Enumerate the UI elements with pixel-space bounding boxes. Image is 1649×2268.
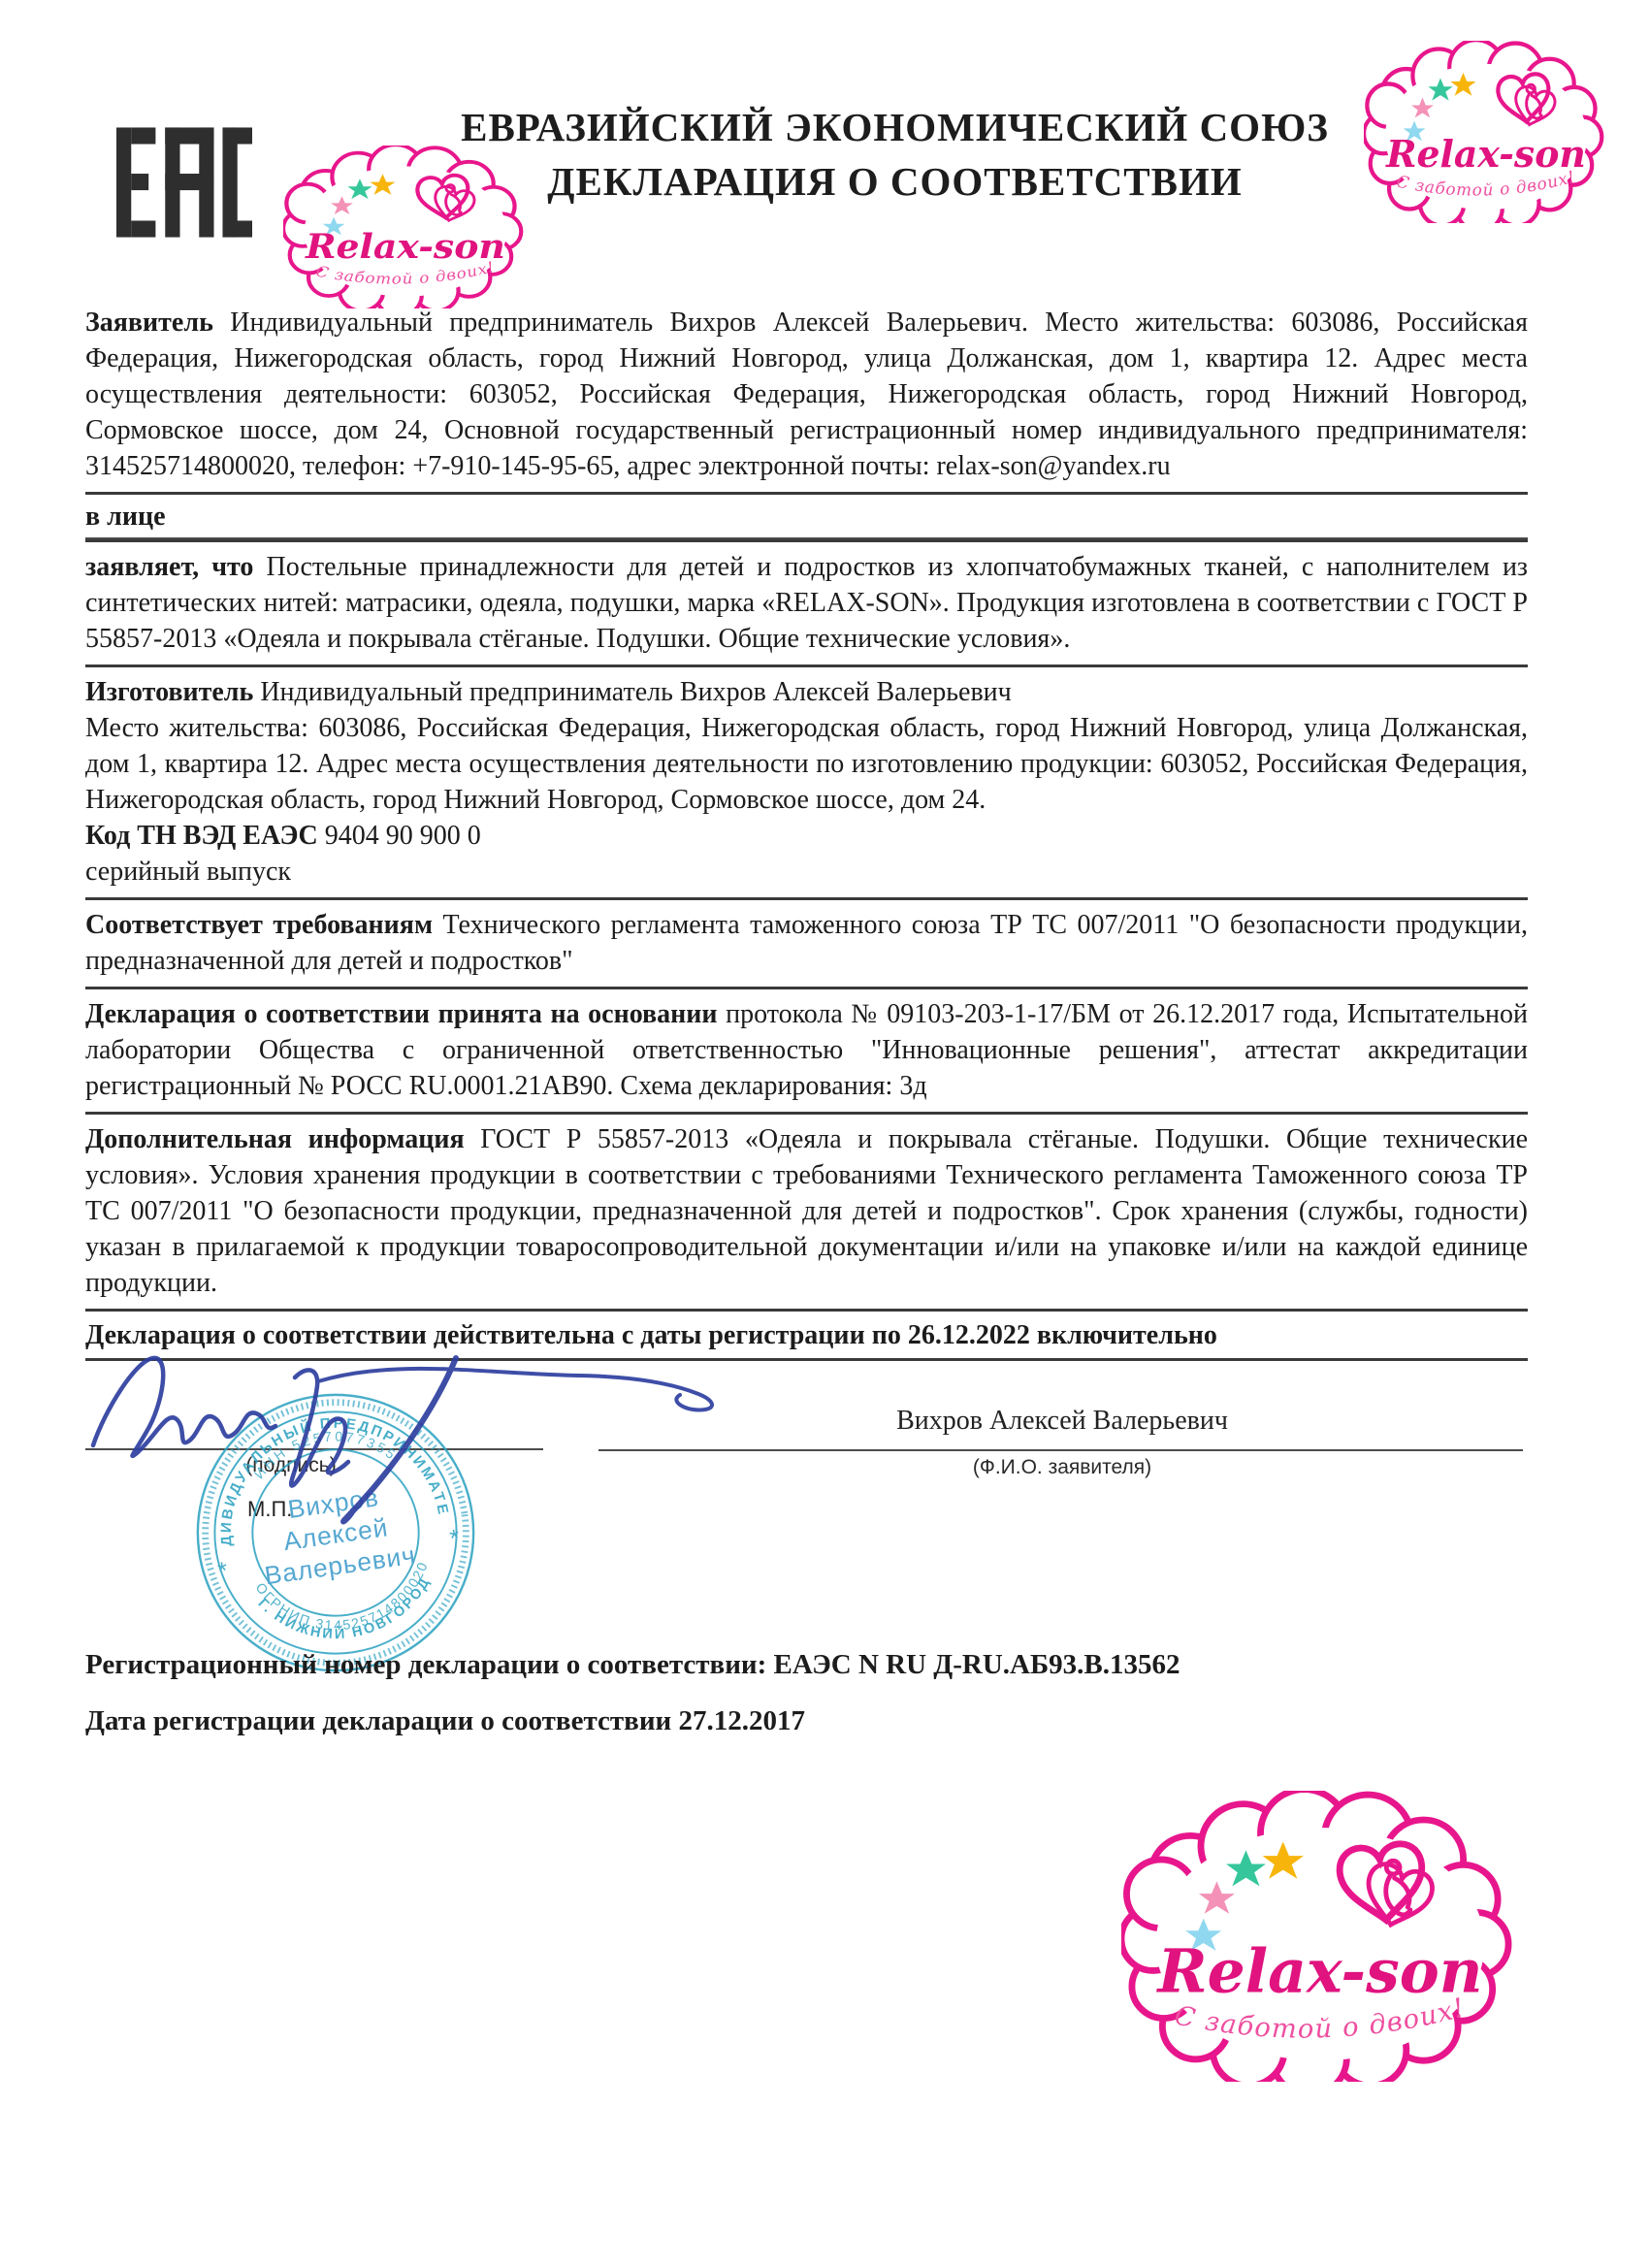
relaxson-logo-top-left: [283, 146, 528, 308]
section-in-person: в лице: [85, 492, 1528, 539]
basis-label: Декларация о соответствии принята на осн…: [85, 999, 718, 1029]
manufacturer-line1: Индивидуальный предприниматель Вихров Ал…: [260, 677, 1011, 707]
declaration-document: Relax-son С заботой о двоих! ЕВРАЗИЙСКИЙ…: [0, 0, 1649, 2268]
document-title: ЕВРАЗИЙСКИЙ ЭКОНОМИЧЕСКИЙ СОЮЗ ДЕКЛАРАЦИ…: [388, 100, 1402, 209]
stamp-star-left: *: [216, 1557, 230, 1585]
declares-text: Постельные принадлежности для детей и по…: [85, 552, 1528, 654]
declares-label: заявляет, что: [85, 552, 253, 582]
registration-date-line: Дата регистрации декларации о соответств…: [85, 1705, 1528, 1737]
handwritten-signature: [76, 1317, 774, 1550]
registration-date-value: 27.12.2017: [679, 1705, 806, 1736]
in-person-label: в лице: [85, 499, 1528, 539]
complies-label: Соответствует требованиям: [85, 910, 433, 940]
section-additional-info: Дополнительная информация ГОСТ Р 55857-2…: [85, 1112, 1528, 1309]
title-line-declaration: ДЕКЛАРАЦИЯ О СООТВЕТСТВИИ: [388, 154, 1402, 209]
serial-release: серийный выпуск: [85, 857, 291, 887]
section-basis: Декларация о соответствии принята на осн…: [85, 987, 1528, 1112]
relaxson-logo-bottom: [1121, 1791, 1519, 2082]
title-line-union: ЕВРАЗИЙСКИЙ ЭКОНОМИЧЕСКИЙ СОЮЗ: [388, 100, 1402, 154]
relaxson-logo-top-right: [1364, 41, 1608, 223]
tnved-code-label: Код ТН ВЭД ЕАЭС: [85, 821, 318, 851]
applicant-text: Индивидуальный предприниматель Вихров Ал…: [85, 308, 1528, 481]
section-applicant: Заявитель Индивидуальный предприниматель…: [85, 291, 1528, 492]
registration-number-line: Регистрационный номер декларации о соотв…: [85, 1649, 1528, 1681]
tnved-code-value: 9404 90 900 0: [325, 821, 481, 851]
section-complies: Соответствует требованиям Технического р…: [85, 897, 1528, 987]
applicant-label: Заявитель: [85, 308, 213, 338]
registration-number-value: ЕАЭС N RU Д-RU.АБ93.В.13562: [774, 1649, 1180, 1680]
manufacturer-label: Изготовитель: [85, 677, 253, 707]
manufacturer-rest: Место жительства: 603086, Российская Фед…: [85, 713, 1528, 815]
eac-mark-icon: [116, 122, 252, 243]
section-manufacturer: Изготовитель Индивидуальный предпринимат…: [85, 664, 1528, 897]
additional-info-label: Дополнительная информация: [85, 1124, 465, 1154]
section-declares: заявляет, что Постельные принадлежности …: [85, 539, 1528, 664]
registration-date-label: Дата регистрации декларации о соответств…: [85, 1705, 671, 1736]
registration-number-label: Регистрационный номер декларации о соотв…: [85, 1649, 766, 1680]
document-body: Заявитель Индивидуальный предприниматель…: [85, 291, 1528, 1361]
